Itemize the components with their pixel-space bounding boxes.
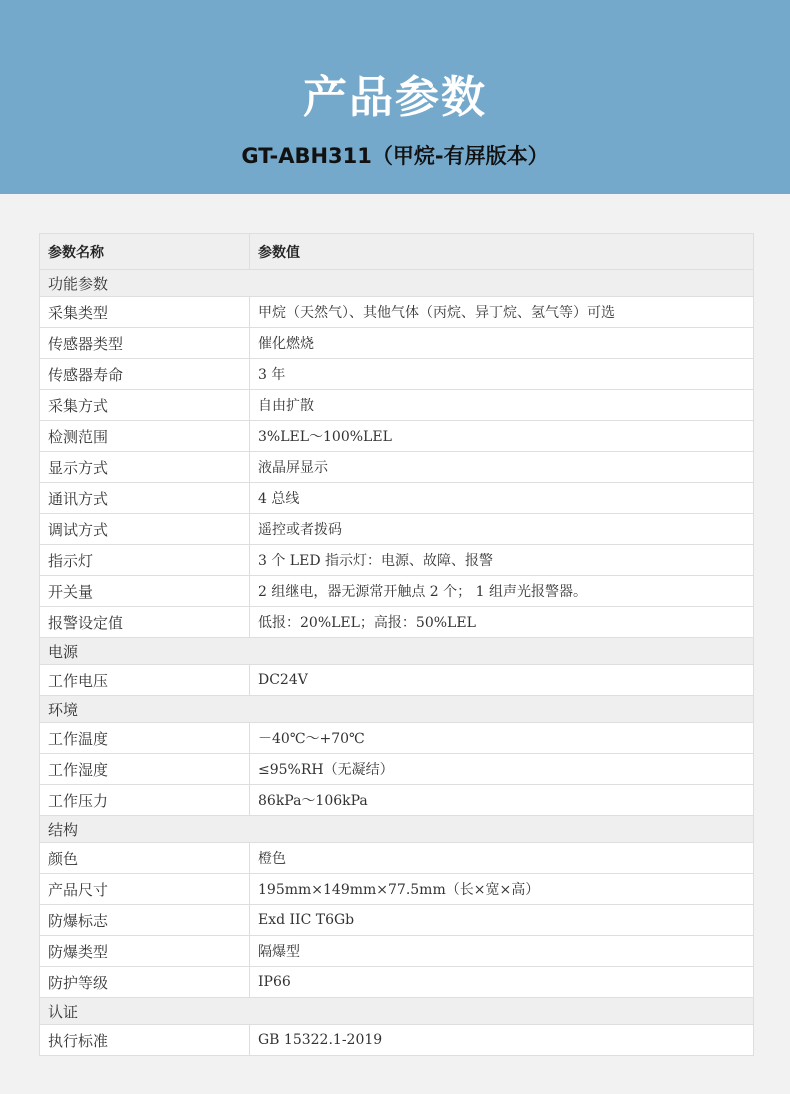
param-value: 自由扩散: [250, 390, 754, 421]
section-title: 电源: [40, 638, 754, 665]
param-name: 防护等级: [40, 967, 250, 998]
param-name: 工作压力: [40, 785, 250, 816]
param-name: 指示灯: [40, 545, 250, 576]
param-value: GB 15322.1-2019: [250, 1025, 754, 1056]
param-name: 工作电压: [40, 665, 250, 696]
table-row: 采集方式自由扩散: [40, 390, 754, 421]
section-title: 环境: [40, 696, 754, 723]
section-title: 认证: [40, 998, 754, 1025]
param-value: Exd IIC T6Gb: [250, 905, 754, 936]
param-name: 通讯方式: [40, 483, 250, 514]
param-value: 甲烷（天然气）、其他气体（丙烷、异丁烷、氢气等）可选: [250, 297, 754, 328]
param-name: 执行标准: [40, 1025, 250, 1056]
param-value: DC24V: [250, 665, 754, 696]
param-name: 产品尺寸: [40, 874, 250, 905]
param-value: 液晶屏显示: [250, 452, 754, 483]
param-value: 3 年: [250, 359, 754, 390]
param-value: 催化燃烧: [250, 328, 754, 359]
table-row: 显示方式液晶屏显示: [40, 452, 754, 483]
param-name: 传感器类型: [40, 328, 250, 359]
table-row: 工作电压DC24V: [40, 665, 754, 696]
section-title: 功能参数: [40, 270, 754, 297]
header-banner: 产品参数 GT-ABH311（甲烷-有屏版本）: [0, 0, 790, 194]
table-row: 传感器类型催化燃烧: [40, 328, 754, 359]
table-row: 传感器寿命3 年: [40, 359, 754, 390]
section-title: 结构: [40, 816, 754, 843]
param-name: 报警设定值: [40, 607, 250, 638]
section-row: 功能参数: [40, 270, 754, 297]
param-value: IP66: [250, 967, 754, 998]
table-row: 通讯方式4 总线: [40, 483, 754, 514]
table-row: 颜色橙色: [40, 843, 754, 874]
param-value: 3 个 LED 指示灯：电源、故障、报警: [250, 545, 754, 576]
param-value: 隔爆型: [250, 936, 754, 967]
param-name: 防爆类型: [40, 936, 250, 967]
param-value: 4 总线: [250, 483, 754, 514]
section-row: 结构: [40, 816, 754, 843]
param-name: 开关量: [40, 576, 250, 607]
param-name: 传感器寿命: [40, 359, 250, 390]
param-name: 工作湿度: [40, 754, 250, 785]
param-value: 橙色: [250, 843, 754, 874]
param-name: 工作温度: [40, 723, 250, 754]
product-model-subtitle: GT-ABH311（甲烷-有屏版本）: [0, 141, 790, 171]
param-value: 低报：20%LEL；高报：50%LEL: [250, 607, 754, 638]
param-name: 采集类型: [40, 297, 250, 328]
param-value: 遥控或者拨码: [250, 514, 754, 545]
param-name: 防爆标志: [40, 905, 250, 936]
param-value: －40℃～+70℃: [250, 723, 754, 754]
table-row: 采集类型甲烷（天然气）、其他气体（丙烷、异丁烷、氢气等）可选: [40, 297, 754, 328]
table-row: 防爆标志Exd IIC T6Gb: [40, 905, 754, 936]
column-header-value: 参数值: [250, 234, 754, 270]
param-name: 颜色: [40, 843, 250, 874]
param-name: 调试方式: [40, 514, 250, 545]
section-row: 认证: [40, 998, 754, 1025]
param-value: 3%LEL～100%LEL: [250, 421, 754, 452]
section-row: 电源: [40, 638, 754, 665]
table-row: 工作湿度≤95%RH（无凝结）: [40, 754, 754, 785]
table-row: 报警设定值低报：20%LEL；高报：50%LEL: [40, 607, 754, 638]
table-row: 工作温度－40℃～+70℃: [40, 723, 754, 754]
spec-table: 参数名称 参数值 功能参数采集类型甲烷（天然气）、其他气体（丙烷、异丁烷、氢气等…: [39, 233, 754, 1056]
table-row: 防爆类型隔爆型: [40, 936, 754, 967]
section-row: 环境: [40, 696, 754, 723]
table-header-row: 参数名称 参数值: [40, 234, 754, 270]
param-value: 195mm×149mm×77.5mm（长×宽×高）: [250, 874, 754, 905]
page-title: 产品参数: [0, 68, 790, 128]
table-row: 指示灯3 个 LED 指示灯：电源、故障、报警: [40, 545, 754, 576]
param-value: 2 组继电，器无源常开触点 2 个； 1 组声光报警器。: [250, 576, 754, 607]
param-name: 显示方式: [40, 452, 250, 483]
table-row: 防护等级IP66: [40, 967, 754, 998]
param-name: 采集方式: [40, 390, 250, 421]
param-value: ≤95%RH（无凝结）: [250, 754, 754, 785]
param-value: 86kPa～106kPa: [250, 785, 754, 816]
table-row: 工作压力86kPa～106kPa: [40, 785, 754, 816]
column-header-name: 参数名称: [40, 234, 250, 270]
param-name: 检测范围: [40, 421, 250, 452]
table-row: 执行标准GB 15322.1-2019: [40, 1025, 754, 1056]
table-row: 检测范围3%LEL～100%LEL: [40, 421, 754, 452]
table-row: 调试方式遥控或者拨码: [40, 514, 754, 545]
table-row: 产品尺寸195mm×149mm×77.5mm（长×宽×高）: [40, 874, 754, 905]
table-row: 开关量2 组继电，器无源常开触点 2 个； 1 组声光报警器。: [40, 576, 754, 607]
